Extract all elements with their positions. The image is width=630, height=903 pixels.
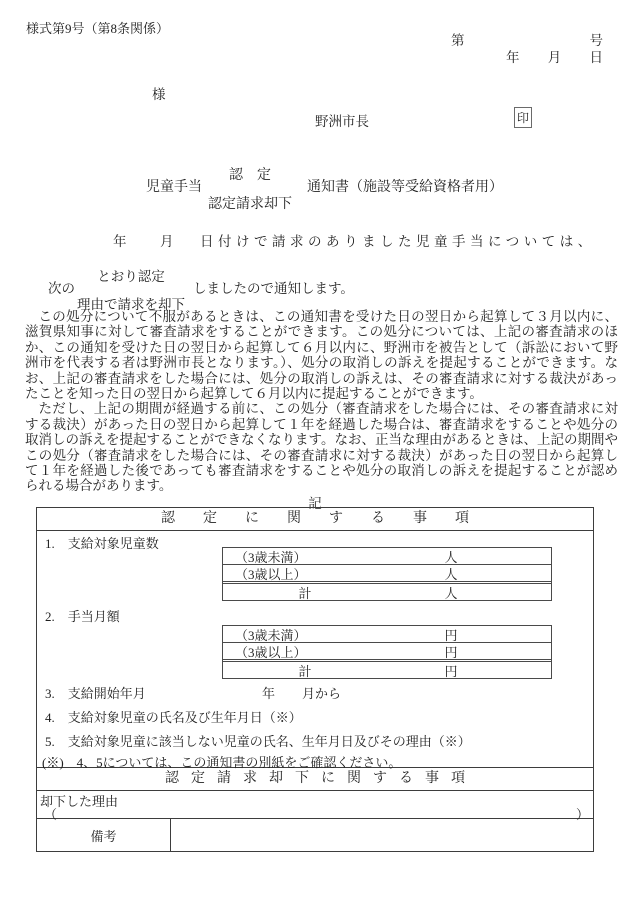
date-day-label: 日 bbox=[590, 46, 604, 66]
item3-label: 3. 支給開始年月 bbox=[45, 683, 146, 702]
notify-sentence-suffix: しましたので通知します。 bbox=[193, 277, 354, 297]
table-row: （3歳以上） 人 bbox=[223, 565, 551, 581]
doc-number-prefix: 第 bbox=[451, 29, 465, 49]
row-unit: 人 bbox=[387, 564, 551, 583]
title-option-rejection: 認定請求却下 bbox=[208, 190, 292, 219]
intro-month-label: 月 bbox=[160, 230, 174, 250]
row-label: （3歳以上） bbox=[223, 564, 387, 583]
row-unit: 人 bbox=[387, 583, 551, 602]
item3-year-label: 年 bbox=[262, 683, 275, 702]
title-suffix: 通知書（施設等受給資格者用） bbox=[307, 176, 503, 196]
rejection-reason-row: 却下した理由 （ ） bbox=[37, 791, 593, 819]
legal-text: この処分について不服があるときは、この通知書を受けた日の翌日から起算して３月以内… bbox=[25, 309, 618, 494]
table-row: （3歳未満） 円 bbox=[223, 626, 551, 643]
item1-label: 1. 支給対象児童数 bbox=[45, 533, 159, 552]
legal-paragraph-2: ただし、上記の期間が経過する前に、この処分（審査請求をした場合には、その審査請求… bbox=[25, 401, 618, 493]
paren-close: ） bbox=[576, 804, 589, 823]
remarks-value-cell bbox=[171, 819, 593, 851]
paren-open: （ bbox=[44, 804, 57, 823]
notify-option-approval: とおり認定 bbox=[76, 263, 186, 291]
row-unit: 円 bbox=[387, 661, 551, 680]
form-number: 様式第9号（第8条関係） bbox=[26, 18, 169, 37]
row-label: （3歳以上） bbox=[223, 642, 387, 661]
section1-body: 1. 支給対象児童数 （3歳未満） 人 （3歳以上） 人 計 人 2. 手当月額 bbox=[37, 531, 593, 768]
addressee-suffix: 様 bbox=[152, 83, 166, 103]
item2-label: 2. 手当月額 bbox=[45, 606, 120, 625]
row-label: 計 bbox=[223, 661, 387, 680]
table-row-total: 計 円 bbox=[223, 659, 551, 678]
monthly-amount-table: （3歳未満） 円 （3歳以上） 円 計 円 bbox=[222, 625, 552, 679]
legal-paragraph-1: この処分について不服があるときは、この通知書を受けた日の翌日から起算して３月以内… bbox=[25, 309, 618, 401]
seal-character: 印 bbox=[517, 109, 529, 126]
date-year-label: 年 bbox=[506, 46, 520, 66]
issuer-name: 野洲市長 bbox=[315, 110, 369, 130]
title-option-stack: 認 定 認定請求却下 bbox=[208, 161, 292, 219]
section2-header: 認定請求却下に関する事項 bbox=[37, 768, 593, 791]
children-count-table: （3歳未満） 人 （3歳以上） 人 計 人 bbox=[222, 547, 552, 601]
rejection-reason-field: （ ） bbox=[37, 804, 593, 823]
document-page: 様式第9号（第8条関係） 第 号 年 月 日 様 野洲市長 印 児童手当 認 定… bbox=[0, 0, 630, 903]
section1-header: 認定に関する事項 bbox=[37, 508, 593, 531]
remarks-label: 備考 bbox=[37, 819, 171, 851]
title-prefix: 児童手当 bbox=[146, 176, 202, 196]
decision-table: 認定に関する事項 1. 支給対象児童数 （3歳未満） 人 （3歳以上） 人 計 … bbox=[36, 507, 594, 852]
date-month-label: 月 bbox=[548, 46, 562, 66]
item4-label: 4. 支給対象児童の氏名及び生年月日（※） bbox=[45, 707, 302, 726]
table-row: （3歳未満） 人 bbox=[223, 548, 551, 565]
intro-year-label: 年 bbox=[113, 230, 127, 250]
table-row-total: 計 人 bbox=[223, 581, 551, 600]
item3-month-from-label: 月から bbox=[302, 683, 341, 702]
seal-box: 印 bbox=[514, 107, 532, 128]
issue-date-line: 年 月 日 bbox=[506, 46, 603, 66]
title-option-approval: 認 定 bbox=[208, 161, 292, 190]
table-row: （3歳以上） 円 bbox=[223, 643, 551, 659]
row-label: 計 bbox=[223, 583, 387, 602]
item5-label: 5. 支給対象児童に該当しない児童の氏名、生年月日及びその理由（※） bbox=[45, 731, 471, 750]
intro-date-sentence: 日付けで請求のありました児童手当については、 bbox=[200, 230, 596, 250]
remarks-row: 備考 bbox=[37, 819, 593, 851]
notify-sentence-prefix: 次の bbox=[48, 277, 75, 297]
note-line: (※) 4、5については、この通知書の別紙をご確認ください。 bbox=[42, 752, 401, 771]
row-unit: 円 bbox=[387, 642, 551, 661]
